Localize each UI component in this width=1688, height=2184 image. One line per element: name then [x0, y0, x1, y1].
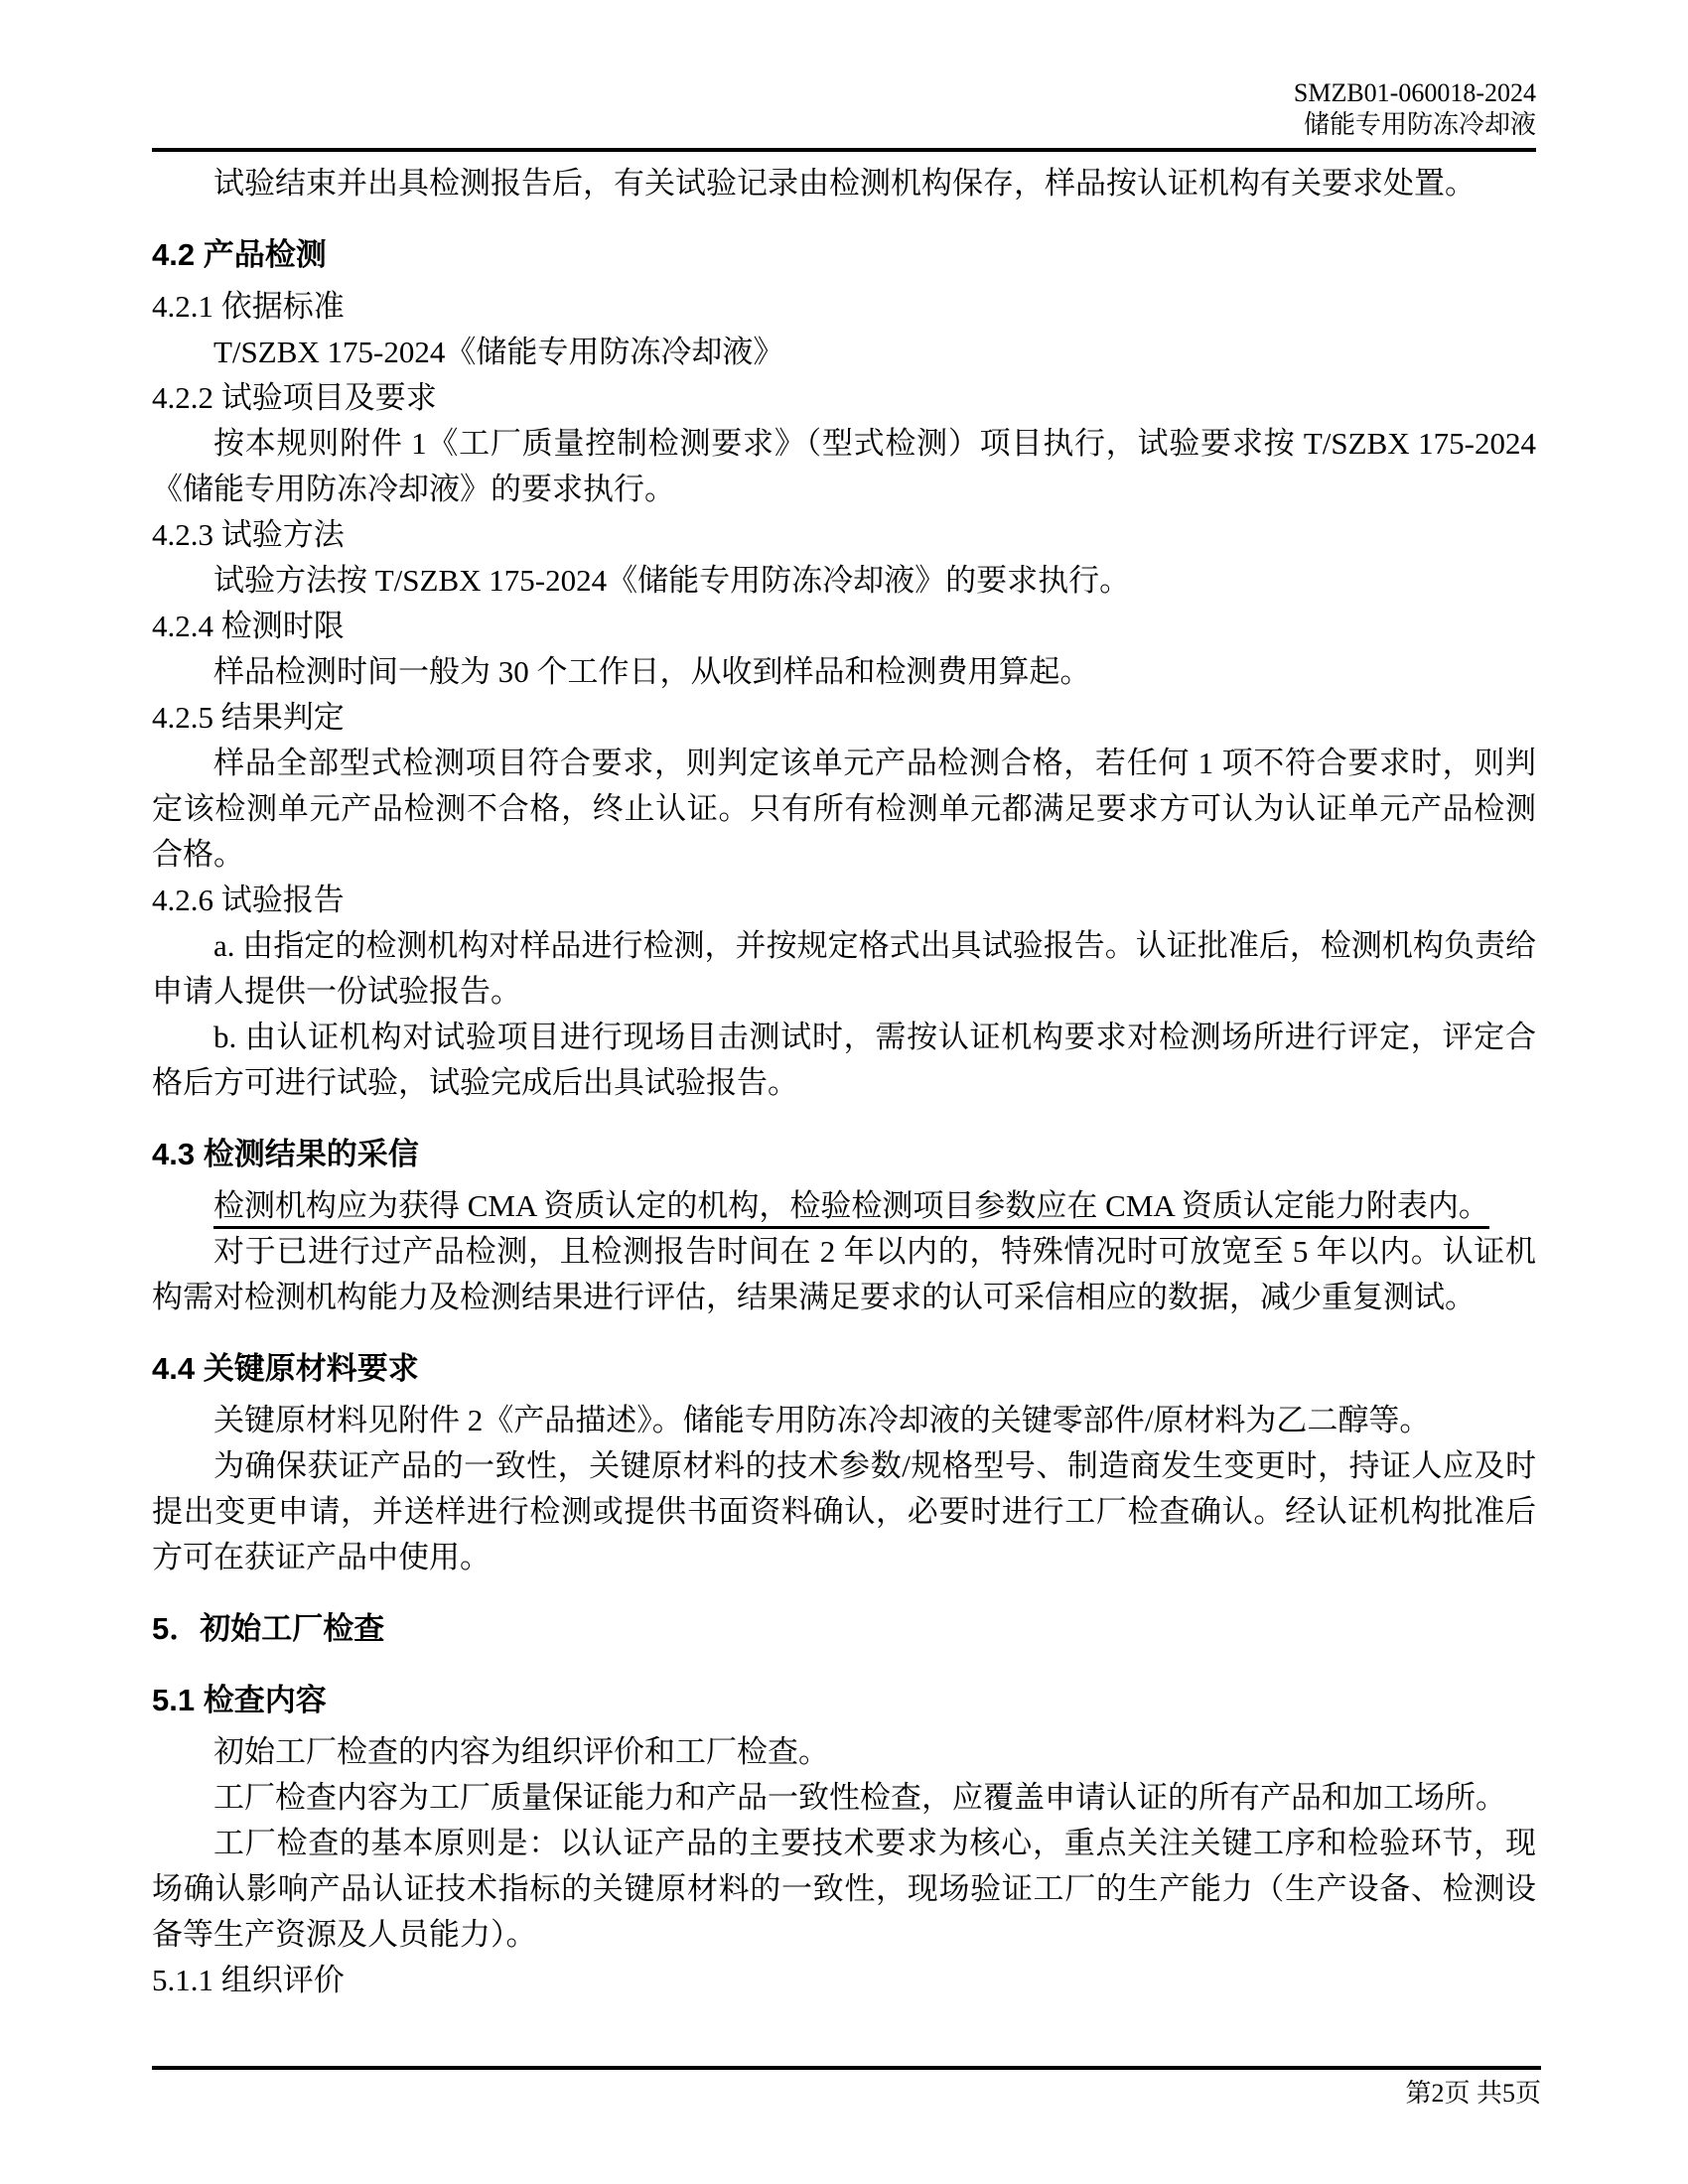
paragraph: 试验结束并出具检测报告后，有关试验记录由检测机构保存，样品按认证机构有关要求处置… [152, 161, 1536, 206]
paragraph: 初始工厂检查的内容为组织评价和工厂检查。 [152, 1729, 1536, 1775]
page-number: 第2页 共5页 [152, 2078, 1541, 2110]
subsection-heading: 4.2.1 依据标准 [152, 284, 1536, 330]
paragraph: b. 由认证机构对试验项目进行现场目击测试时，需按认证机构要求对检测场所进行评定… [152, 1015, 1536, 1106]
paragraph: 为确保获证产品的一致性，关键原材料的技术参数/规格型号、制造商发生变更时，持证人… [152, 1443, 1536, 1580]
subsection-heading: 4.2.2 试验项目及要求 [152, 375, 1536, 421]
section-heading: 4.3 检测结果的采信 [152, 1132, 1536, 1177]
paragraph: 按本规则附件 1《工厂质量控制检测要求》（型式检测）项目执行，试验要求按 T/S… [152, 421, 1536, 512]
section-heading: 4.4 关键原材料要求 [152, 1346, 1536, 1392]
paragraph: 工厂检查内容为工厂质量保证能力和产品一致性检查，应覆盖申请认证的所有产品和加工场… [152, 1775, 1536, 1821]
subsection-heading: 4.2.5 结果判定 [152, 695, 1536, 741]
header-text-block: SMZB01-060018-2024 储能专用防冻冷却液 [152, 77, 1536, 141]
paragraph: T/SZBX 175-2024《储能专用防冻冷却液》 [152, 330, 1536, 375]
section-heading: 4.2 产品检测 [152, 232, 1536, 278]
document-page: SMZB01-060018-2024 储能专用防冻冷却液 试验结束并出具检测报告… [0, 0, 1688, 2184]
subsection-heading: 4.2.3 试验方法 [152, 512, 1536, 558]
paragraph: 试验方法按 T/SZBX 175-2024《储能专用防冻冷却液》的要求执行。 [152, 558, 1536, 604]
underlined-statement: 检测机构应为获得 CMA 资质认定的机构，检验检测项目参数应在 CMA 资质认定… [213, 1188, 1489, 1229]
paragraph: 关键原材料见附件 2《产品描述》。储能专用防冻冷却液的关键零部件/原材料为乙二醇… [152, 1398, 1536, 1443]
subsection-heading: 5.1.1 组织评价 [152, 1958, 1536, 2003]
subsection-heading: 4.2.6 试验报告 [152, 878, 1536, 923]
page-footer: 第2页 共5页 [152, 2066, 1541, 2110]
doc-number: SMZB01-060018-2024 [152, 77, 1536, 109]
doc-title: 储能专用防冻冷却液 [152, 109, 1536, 141]
paragraph: 检测机构应为获得 CMA 资质认定的机构，检验检测项目参数应在 CMA 资质认定… [152, 1183, 1536, 1229]
section-heading: 5.1 检查内容 [152, 1678, 1536, 1723]
paragraph: 样品检测时间一般为 30 个工作日，从收到样品和检测费用算起。 [152, 649, 1536, 695]
paragraph: 工厂检查的基本原则是：以认证产品的主要技术要求为核心，重点关注关键工序和检验环节… [152, 1821, 1536, 1958]
paragraph: 样品全部型式检测项目符合要求，则判定该单元产品检测合格，若任何 1 项不符合要求… [152, 741, 1536, 878]
document-body: 试验结束并出具检测报告后，有关试验记录由检测机构保存，样品按认证机构有关要求处置… [152, 161, 1536, 2003]
page-header: SMZB01-060018-2024 储能专用防冻冷却液 [0, 0, 1688, 152]
paragraph: a. 由指定的检测机构对样品进行检测，并按规定格式出具试验报告。认证批准后，检测… [152, 923, 1536, 1015]
footer-rule [152, 2066, 1541, 2070]
header-rule [152, 148, 1536, 152]
subsection-heading: 4.2.4 检测时限 [152, 604, 1536, 649]
section-heading: 5．初始工厂检查 [152, 1606, 1536, 1652]
paragraph: 对于已进行过产品检测，且检测报告时间在 2 年以内的，特殊情况时可放宽至 5 年… [152, 1229, 1536, 1320]
